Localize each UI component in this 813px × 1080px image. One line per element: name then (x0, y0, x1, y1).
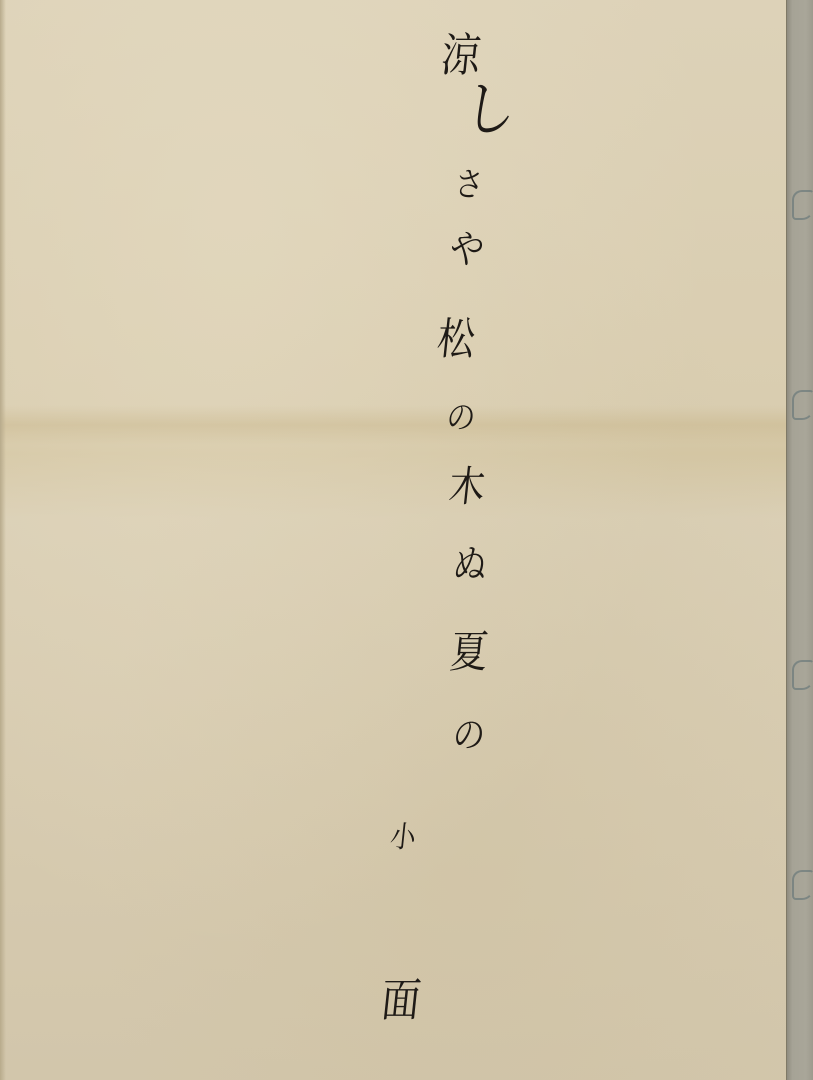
signature-character: 小 (389, 823, 418, 853)
calligraphy-character: の (451, 716, 487, 754)
fabric-motif-icon (792, 870, 813, 900)
calligraphy-character: や (448, 230, 486, 270)
aged-paper (0, 0, 788, 1080)
calligraphy-character: し (461, 80, 518, 140)
scroll-photo: 涼しさや松の木ぬ夏の小面 (0, 0, 813, 1080)
fabric-motif-icon (792, 190, 813, 220)
calligraphy-character: 夏 (448, 631, 490, 675)
calligraphy-character: ぬ (451, 545, 489, 585)
calligraphy-character: 涼 (439, 32, 483, 78)
scroll-mounting-fabric (786, 0, 813, 1080)
calligraphy-character: の (445, 401, 477, 435)
calligraphy-character: 木 (447, 466, 487, 508)
calligraphy-character: さ (453, 168, 485, 202)
calligraphy-character: 松 (435, 318, 477, 362)
paper-fold-crease (0, 405, 788, 445)
signature-character: 面 (379, 977, 423, 1023)
fabric-motif-icon (792, 660, 813, 690)
fabric-motif-icon (792, 390, 813, 420)
paper-left-edge (0, 0, 6, 1080)
